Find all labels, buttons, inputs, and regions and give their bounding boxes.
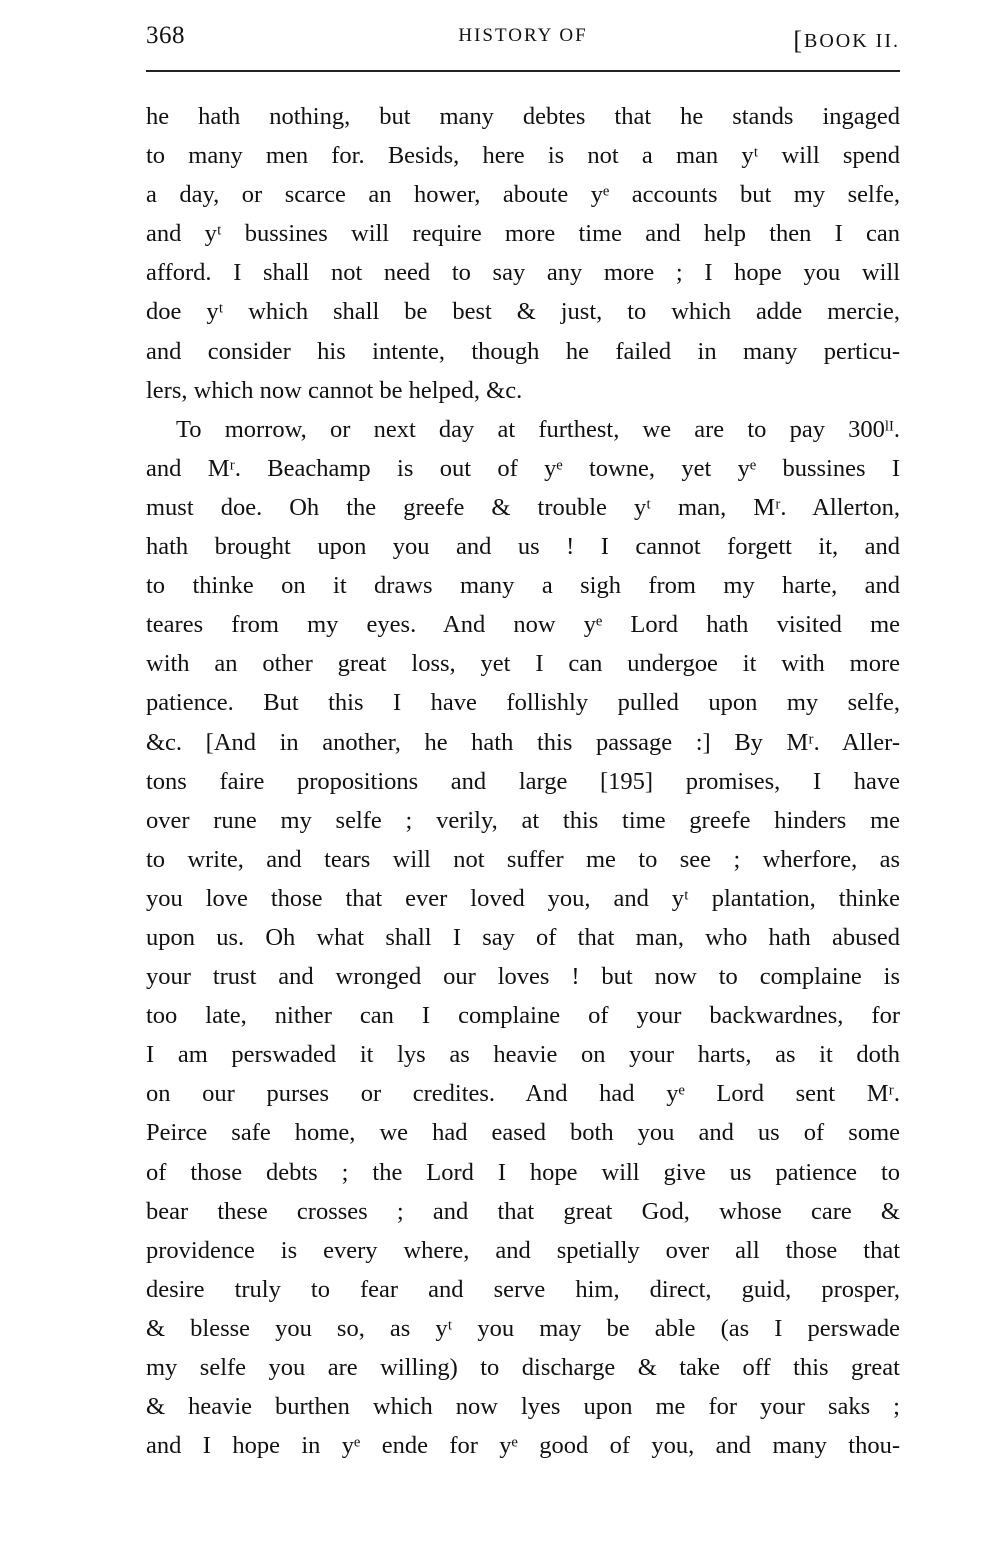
text-line: must doe. Oh the greefe & trouble yᵗ man… bbox=[146, 488, 900, 527]
text-line: bear these crosses ; and that great God,… bbox=[146, 1192, 900, 1231]
text-line: doe yᵗ which shall be best & just, to wh… bbox=[146, 292, 900, 331]
text-line: I am perswaded it lys as heavie on your … bbox=[146, 1035, 900, 1074]
text-line: and Mʳ. Beachamp is out of yᵉ towne, yet… bbox=[146, 449, 900, 488]
text-line: providence is every where, and spetially… bbox=[146, 1231, 900, 1270]
text-line: upon us. Oh what shall I say of that man… bbox=[146, 918, 900, 957]
text-line: & blesse you so, as yᵗ you may be able (… bbox=[146, 1309, 900, 1348]
text-line: patience. But this I have follishly pull… bbox=[146, 683, 900, 722]
text-line: my selfe you are willing) to discharge &… bbox=[146, 1348, 900, 1387]
text-line: too late, nither can I complaine of your… bbox=[146, 996, 900, 1035]
text-line: over rune my selfe ; verily, at this tim… bbox=[146, 801, 900, 840]
text-line: you love those that ever loved you, and … bbox=[146, 879, 900, 918]
book-label-text: BOOK II. bbox=[804, 30, 900, 52]
text-line: tons faire propositions and large [195] … bbox=[146, 762, 900, 801]
text-line: and I hope in yᵉ ende for yᵉ good of you… bbox=[146, 1426, 900, 1465]
text-line: to write, and tears will not suffer me t… bbox=[146, 840, 900, 879]
text-line: &c. [And in another, he hath this passag… bbox=[146, 723, 900, 762]
text-line: and yᵗ bussines will require more time a… bbox=[146, 214, 900, 253]
book-page: 368 HISTORY OF [BOOK II. he hath nothing… bbox=[146, 0, 900, 70]
book-bracket: [ bbox=[793, 26, 804, 55]
text-line: of those debts ; the Lord I hope will gi… bbox=[146, 1153, 900, 1192]
text-line: and consider his intente, though he fail… bbox=[146, 332, 900, 371]
text-line: Peirce safe home, we had eased both you … bbox=[146, 1113, 900, 1152]
running-head: 368 HISTORY OF [BOOK II. bbox=[146, 0, 900, 70]
text-line: he hath nothing, but many debtes that he… bbox=[146, 97, 900, 136]
paragraph-start-line: To morrow, or next day at furthest, we a… bbox=[146, 410, 900, 449]
text-line: on our purses or credites. And had yᵉ Lo… bbox=[146, 1074, 900, 1113]
header-rule bbox=[146, 70, 900, 72]
text-line: desire truly to fear and serve him, dire… bbox=[146, 1270, 900, 1309]
text-line: & heavie burthen which now lyes upon me … bbox=[146, 1387, 900, 1426]
text-line: your trust and wronged our loves ! but n… bbox=[146, 957, 900, 996]
text-line: to thinke on it draws many a sigh from m… bbox=[146, 566, 900, 605]
text-line: hath brought upon you and us ! I cannot … bbox=[146, 527, 900, 566]
text-line: with an other great loss, yet I can unde… bbox=[146, 644, 900, 683]
book-label: [BOOK II. bbox=[793, 24, 900, 54]
text-line: a day, or scarce an hower, aboute yᵉ acc… bbox=[146, 175, 900, 214]
body-text: he hath nothing, but many debtes that he… bbox=[146, 97, 900, 1465]
text-line: afford. I shall not need to say any more… bbox=[146, 253, 900, 292]
paragraph-end-line: lers, which now cannot be helped, &c. bbox=[146, 371, 900, 410]
text-line: to many men for. Besids, here is not a m… bbox=[146, 136, 900, 175]
running-title: HISTORY OF bbox=[146, 25, 900, 47]
text-line: teares from my eyes. And now yᵉ Lord hat… bbox=[146, 605, 900, 644]
